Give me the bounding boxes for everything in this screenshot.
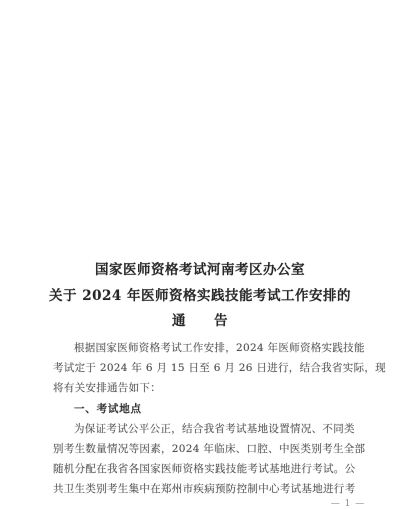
document-body: 根据国家医师资格考试工作安排，2024 年医师资格实践技能 考试定于 2024 … — [53, 338, 347, 500]
paragraph-2-line: 别考生数量情况等因素，2024 年临床、口腔、中医类别考生全部 — [53, 439, 347, 459]
document-title: 国家医师资格考试河南考区办公室 关于 2024 年医师资格实践技能考试工作安排的… — [0, 258, 400, 335]
paragraph-2-line: 随机分配在我省各国家医师资格实践技能考试基地进行考试。公 — [53, 459, 347, 479]
page-number: — 1 — — [318, 499, 378, 509]
title-line-3: 通 告 — [0, 309, 400, 335]
section-heading-exam-location: 一、考试地点 — [53, 399, 347, 419]
paragraph-1-line: 将有关安排通告如下： — [53, 378, 347, 398]
title-line-2: 关于 2024 年医师资格实践技能考试工作安排的 — [0, 284, 400, 310]
paragraph-2-line: 为保证考试公平公正，结合我省考试基地设置情况、不同类 — [53, 419, 347, 439]
paragraph-2-line: 共卫生类别考生集中在郑州市疾病预防控制中心考试基地进行考 — [53, 479, 347, 499]
paragraph-1-line: 考试定于 2024 年 6 月 15 日至 6 月 26 日进行，结合我省实际，… — [53, 358, 347, 378]
paragraph-1-line: 根据国家医师资格考试工作安排，2024 年医师资格实践技能 — [53, 338, 347, 358]
document-page: 国家医师资格考试河南考区办公室 关于 2024 年医师资格实践技能考试工作安排的… — [0, 0, 400, 509]
title-line-1: 国家医师资格考试河南考区办公室 — [0, 258, 400, 284]
